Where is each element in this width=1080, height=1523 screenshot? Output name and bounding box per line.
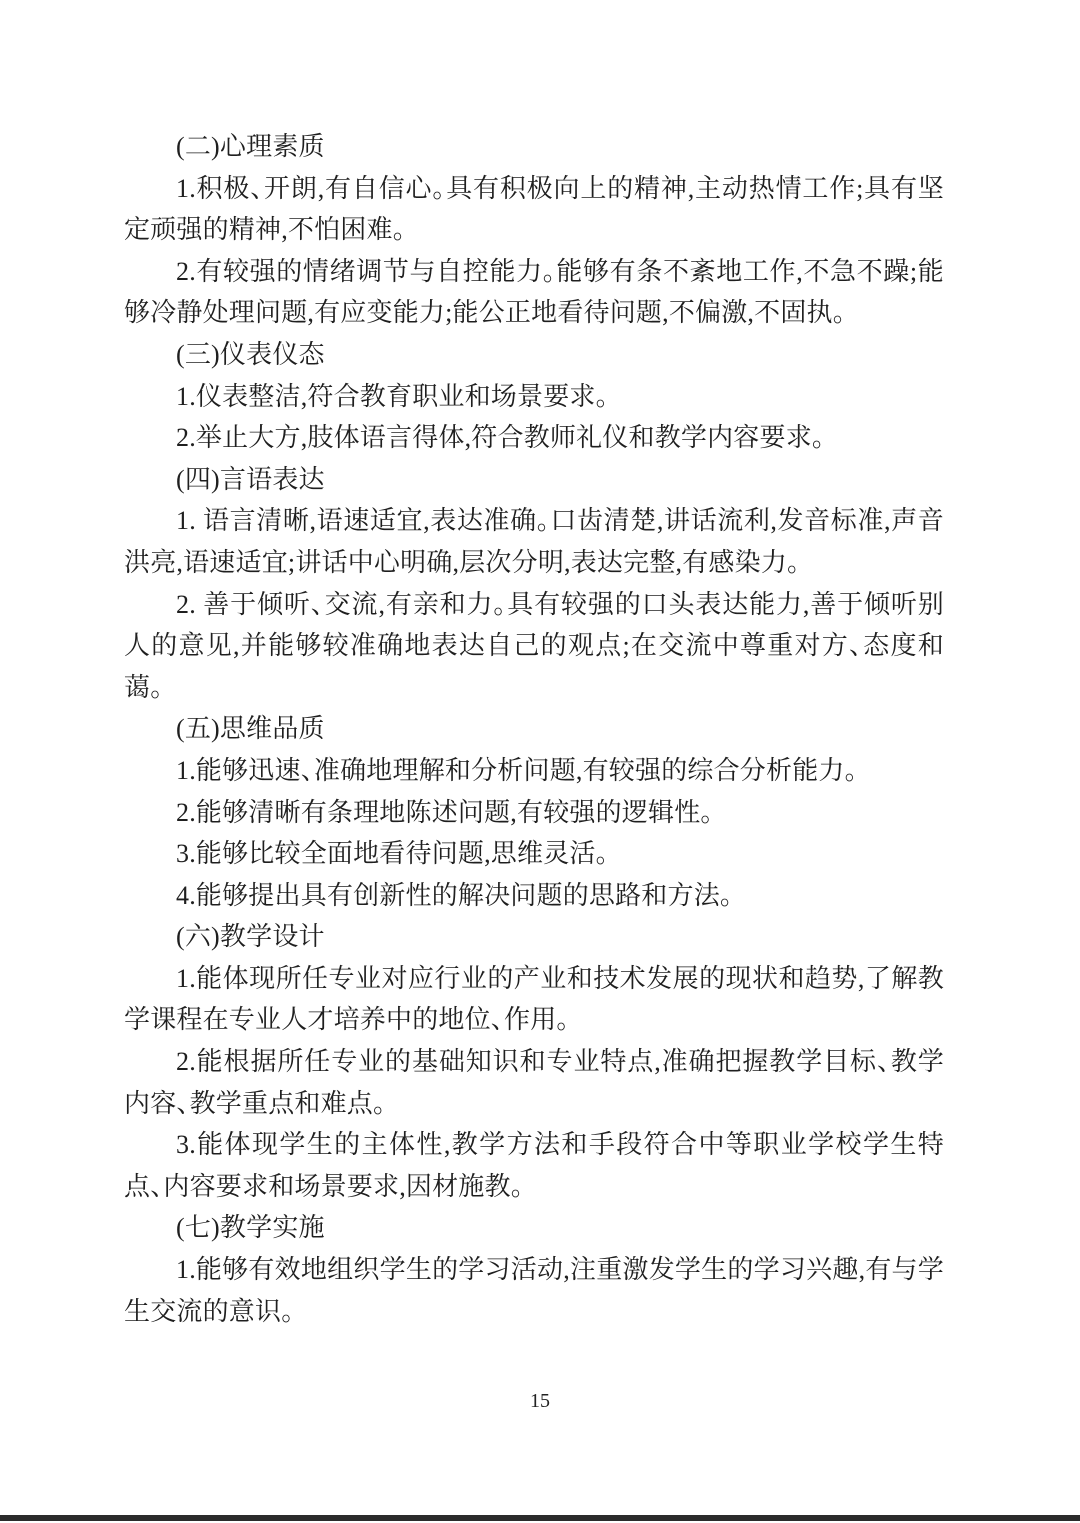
paragraph: 2.举止大方,肢体语言得体,符合教师礼仪和教学内容要求。 bbox=[124, 417, 944, 459]
paragraph: 1.积极、开朗,有自信心。具有积极向上的精神,主动热情工作;具有坚定顽强的精神,… bbox=[124, 168, 944, 251]
paragraph: 1.能够有效地组织学生的学习活动,注重激发学生的学习兴趣,有与学生交流的意识。 bbox=[124, 1249, 944, 1332]
paragraph: 3.能够比较全面地看待问题,思维灵活。 bbox=[124, 833, 944, 875]
paragraph: 1.仪表整洁,符合教育职业和场景要求。 bbox=[124, 376, 944, 418]
paragraph: 4.能够提出具有创新性的解决问题的思路和方法。 bbox=[124, 875, 944, 917]
section-heading: (七)教学实施 bbox=[124, 1207, 944, 1249]
paragraph: 2.能够清晰有条理地陈述问题,有较强的逻辑性。 bbox=[124, 792, 944, 834]
document-page: (二)心理素质 1.积极、开朗,有自信心。具有积极向上的精神,主动热情工作;具有… bbox=[0, 0, 1080, 1523]
section-heading: (六)教学设计 bbox=[124, 916, 944, 958]
document-body: (二)心理素质 1.积极、开朗,有自信心。具有积极向上的精神,主动热情工作;具有… bbox=[124, 126, 944, 1332]
paragraph: 2.有较强的情绪调节与自控能力。能够有条不紊地工作,不急不躁;能够冷静处理问题,… bbox=[124, 251, 944, 334]
section-heading: (五)思维品质 bbox=[124, 708, 944, 750]
paragraph: 1.能体现所任专业对应行业的产业和技术发展的现状和趋势,了解教学课程在专业人才培… bbox=[124, 958, 944, 1041]
paragraph: 1. 语言清晰,语速适宜,表达准确。口齿清楚,讲话流利,发音标准,声音洪亮,语速… bbox=[124, 500, 944, 583]
section-heading: (四)言语表达 bbox=[124, 459, 944, 501]
paragraph: 1.能够迅速、准确地理解和分析问题,有较强的综合分析能力。 bbox=[124, 750, 944, 792]
paragraph: 3.能体现学生的主体性,教学方法和手段符合中等职业学校学生特点、内容要求和场景要… bbox=[124, 1124, 944, 1207]
window-edge-bar bbox=[0, 1515, 1080, 1521]
section-heading: (三)仪表仪态 bbox=[124, 334, 944, 376]
page-number: 15 bbox=[0, 1391, 1080, 1411]
section-heading: (二)心理素质 bbox=[124, 126, 944, 168]
paragraph: 2.能根据所任专业的基础知识和专业特点,准确把握教学目标、教学内容、教学重点和难… bbox=[124, 1041, 944, 1124]
paragraph: 2. 善于倾听、交流,有亲和力。具有较强的口头表达能力,善于倾听别人的意见,并能… bbox=[124, 584, 944, 709]
